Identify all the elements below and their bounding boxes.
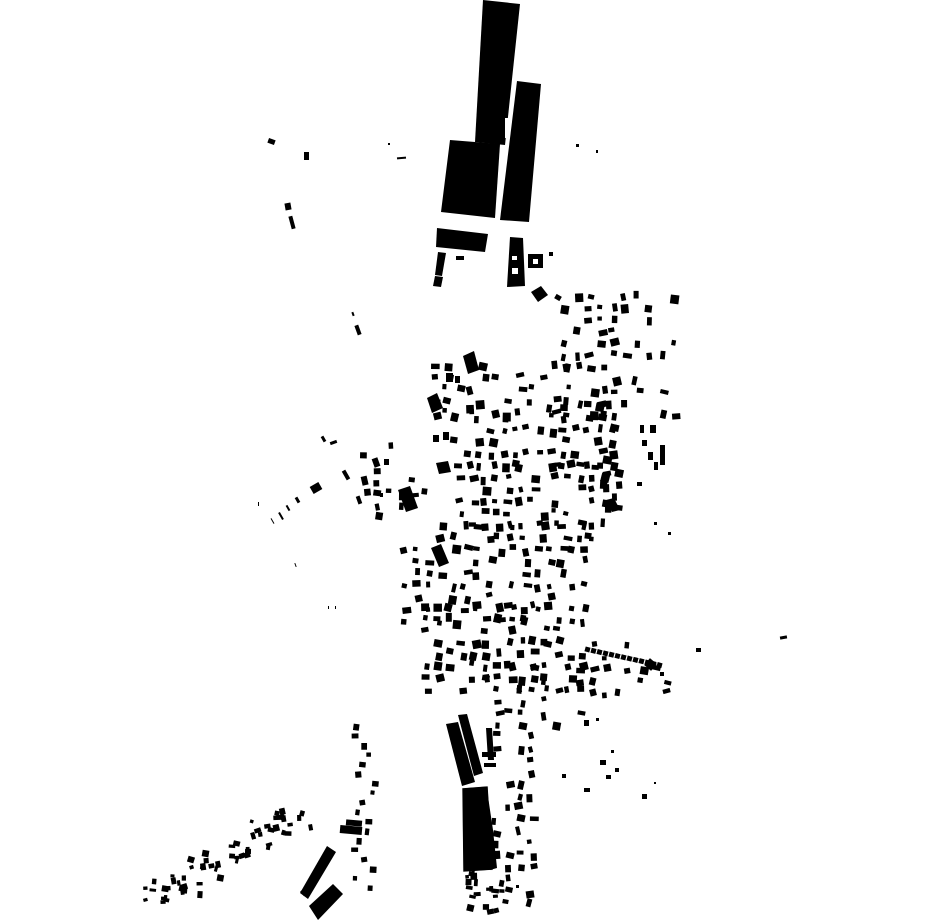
building-footprint <box>461 608 469 613</box>
building-footprint <box>494 700 501 705</box>
building-footprint <box>640 425 644 433</box>
building-footprint <box>563 536 572 542</box>
building-footprint <box>340 825 363 835</box>
building-footprint <box>531 286 548 302</box>
building-footprint <box>473 560 479 567</box>
southern-buildings <box>143 714 656 920</box>
building-footprint <box>508 625 517 635</box>
building-footprint <box>541 512 549 521</box>
building-footprint <box>495 722 499 728</box>
building-footprint <box>442 384 446 389</box>
building-footprint <box>621 304 629 314</box>
building-footprint <box>464 450 472 457</box>
building-footprint <box>503 415 509 423</box>
building-footprint <box>457 384 466 392</box>
building-footprint <box>662 688 670 694</box>
building-footprint <box>167 886 170 891</box>
building-footprint <box>518 523 522 529</box>
building-footprint <box>466 405 474 414</box>
building-footprint <box>624 668 631 674</box>
building-footprint <box>550 472 559 480</box>
building-footprint <box>530 601 536 608</box>
building-footprint <box>455 497 463 503</box>
building-footprint <box>646 352 652 360</box>
building-footprint <box>486 428 495 434</box>
building-footprint <box>531 853 537 861</box>
building-footprint <box>547 448 556 455</box>
courtyard <box>512 268 518 274</box>
building-footprint <box>368 885 373 891</box>
building-footprint <box>466 461 474 469</box>
building-footprint <box>527 497 533 502</box>
building-footprint <box>455 376 460 383</box>
building-footprint <box>436 461 451 474</box>
building-footprint <box>544 625 550 631</box>
building-footprint <box>506 474 512 479</box>
building-footprint <box>503 499 512 504</box>
building-footprint <box>670 294 680 304</box>
building-footprint <box>505 865 511 873</box>
building-footprint <box>546 404 552 413</box>
building-footprint <box>152 878 157 884</box>
building-footprint <box>491 461 497 469</box>
building-footprint <box>472 601 481 609</box>
building-footprint <box>561 416 567 424</box>
building-footprint <box>295 497 301 504</box>
building-footprint <box>361 857 368 863</box>
building-footprint <box>435 673 445 682</box>
building-footprint <box>540 374 548 380</box>
building-footprint <box>637 482 642 486</box>
building-footprint <box>425 689 432 694</box>
building-footprint <box>577 685 584 692</box>
building-footprint <box>513 452 518 458</box>
building-footprint <box>596 150 598 153</box>
building-footprint <box>615 689 621 697</box>
building-footprint <box>530 816 539 821</box>
building-footprint <box>530 863 538 870</box>
building-footprint <box>510 525 514 530</box>
building-footprint <box>496 523 504 531</box>
building-footprint <box>509 676 518 683</box>
building-footprint <box>587 365 596 372</box>
building-footprint <box>321 436 327 443</box>
building-footprint <box>624 642 629 649</box>
building-footprint <box>590 648 596 654</box>
building-footprint <box>450 412 459 422</box>
building-footprint <box>491 409 500 418</box>
building-footprint <box>558 427 566 432</box>
building-footprint <box>456 640 465 646</box>
building-footprint <box>388 143 390 145</box>
building-footprint <box>375 503 380 511</box>
building-footprint <box>642 794 647 799</box>
building-footprint <box>373 480 379 486</box>
building-footprint <box>450 531 457 540</box>
building-footprint <box>526 794 532 802</box>
building-footprint <box>556 559 565 568</box>
building-footprint <box>671 340 676 346</box>
building-footprint <box>472 500 479 505</box>
building-footprint <box>518 864 525 871</box>
building-footprint <box>456 256 464 260</box>
building-footprint <box>626 656 632 662</box>
courtyard <box>533 259 538 264</box>
building-footprint <box>469 677 475 683</box>
building-footprint <box>245 849 251 854</box>
building-footprint <box>469 660 474 666</box>
building-footprint <box>517 794 523 801</box>
building-footprint <box>452 544 462 554</box>
building-footprint <box>433 604 442 612</box>
building-footprint <box>413 547 418 552</box>
building-footprint <box>584 532 591 539</box>
building-footprint <box>427 393 443 413</box>
building-footprint <box>660 445 665 465</box>
building-footprint <box>584 646 590 652</box>
building-footprint <box>541 696 547 702</box>
building-footprint <box>631 376 637 386</box>
building-footprint <box>522 572 531 578</box>
building-footprint <box>370 866 377 873</box>
building-footprint <box>494 533 500 540</box>
building-footprint <box>433 661 442 671</box>
building-footprint <box>359 800 365 806</box>
building-footprint <box>514 801 524 810</box>
building-footprint <box>654 462 658 470</box>
building-footprint <box>446 373 453 382</box>
building-footprint <box>397 157 406 160</box>
building-footprint <box>422 674 430 680</box>
building-footprint <box>522 424 529 430</box>
building-footprint <box>531 475 540 483</box>
building-footprint <box>582 427 589 434</box>
building-footprint <box>602 692 607 698</box>
building-footprint <box>372 457 381 468</box>
building-footprint <box>780 635 787 639</box>
building-footprint <box>355 771 362 778</box>
building-footprint <box>493 509 500 515</box>
building-footprint <box>493 746 501 752</box>
building-footprint <box>541 712 547 721</box>
building-footprint <box>589 497 595 504</box>
building-footprint <box>401 619 407 625</box>
building-footprint <box>504 661 511 669</box>
building-footprint <box>498 549 505 558</box>
building-footprint <box>474 416 479 423</box>
building-footprint <box>493 894 498 898</box>
building-footprint <box>537 450 543 455</box>
building-footprint <box>536 520 543 526</box>
building-footprint <box>647 317 652 325</box>
building-footprint <box>596 718 599 721</box>
building-footprint <box>582 556 588 564</box>
building-footprint <box>203 858 208 864</box>
building-footprint <box>433 639 443 648</box>
building-footprint <box>556 462 561 467</box>
building-footprint <box>423 615 428 621</box>
building-footprint <box>600 518 605 527</box>
building-footprint <box>590 665 600 672</box>
building-footprint <box>603 664 611 673</box>
building-footprint <box>556 617 561 624</box>
building-footprint <box>597 305 602 310</box>
building-footprint <box>521 607 528 614</box>
building-footprint <box>569 584 575 591</box>
building-footprint <box>401 583 407 589</box>
building-footprint <box>502 428 508 434</box>
building-footprint <box>504 708 512 713</box>
building-footprint <box>573 326 581 334</box>
building-footprint <box>506 781 515 789</box>
building-footprint <box>463 351 479 374</box>
building-footprint <box>577 536 582 543</box>
building-footprints-layer <box>0 0 930 924</box>
building-footprint <box>543 640 552 648</box>
building-footprint <box>351 847 358 851</box>
building-footprint <box>487 536 495 543</box>
building-footprint <box>364 488 371 495</box>
building-footprint <box>482 487 491 496</box>
building-footprint <box>526 898 533 907</box>
building-footprint <box>597 340 606 348</box>
building-footprint <box>446 647 454 654</box>
building-footprint <box>614 469 624 478</box>
building-footprint <box>499 880 505 887</box>
building-footprint <box>489 438 499 448</box>
building-footprint <box>421 603 429 611</box>
building-footprint <box>310 482 323 494</box>
building-footprint <box>560 404 568 411</box>
building-footprint <box>421 627 429 633</box>
building-footprint <box>402 607 412 614</box>
building-footprint <box>598 424 603 433</box>
building-footprint <box>415 568 420 575</box>
building-footprint <box>602 386 608 394</box>
building-footprint <box>634 291 639 299</box>
building-footprint <box>439 522 447 530</box>
building-footprint <box>566 384 571 389</box>
building-footprint <box>463 521 468 530</box>
building-footprint <box>528 384 534 390</box>
building-footprint <box>474 879 478 886</box>
building-footprint <box>528 770 535 778</box>
building-footprint <box>384 459 389 465</box>
building-footprint <box>602 656 607 660</box>
building-footprint <box>492 499 497 503</box>
building-footprint <box>519 386 528 392</box>
building-footprint <box>465 879 471 886</box>
building-footprint <box>584 720 589 726</box>
building-footprint <box>425 560 434 566</box>
building-footprint <box>505 804 510 810</box>
building-footprint <box>518 746 525 755</box>
building-footprint <box>660 672 664 676</box>
building-footprint <box>660 351 666 360</box>
building-footprint <box>452 620 461 630</box>
building-footprint <box>696 648 701 652</box>
building-footprint <box>528 732 534 740</box>
building-footprint <box>544 602 553 611</box>
building-footprint <box>597 400 607 408</box>
building-footprint <box>569 618 575 624</box>
building-footprint <box>441 140 500 218</box>
building-footprint <box>481 523 489 531</box>
building-footprint <box>475 400 484 410</box>
building-footprint <box>436 228 488 252</box>
building-footprint <box>563 511 569 516</box>
building-footprint <box>182 875 186 880</box>
figure-ground-map <box>0 0 930 924</box>
building-footprint <box>584 317 592 323</box>
building-footprint <box>637 677 643 683</box>
building-footprint <box>374 468 381 474</box>
building-footprint <box>171 877 177 884</box>
building-footprint <box>507 237 525 287</box>
building-footprint <box>599 447 609 454</box>
building-footprint <box>412 558 419 564</box>
building-footprint <box>328 606 329 609</box>
building-footprint <box>481 628 488 634</box>
building-footprint <box>612 316 618 323</box>
building-footprint <box>672 413 681 420</box>
building-footprint <box>584 351 594 358</box>
building-footprint <box>568 655 575 661</box>
building-footprint <box>561 354 567 362</box>
building-footprint <box>611 413 617 421</box>
building-footprint <box>590 388 599 397</box>
building-footprint <box>482 752 496 757</box>
courtyard <box>500 172 503 182</box>
building-footprint <box>352 733 359 738</box>
building-footprint <box>271 518 275 524</box>
building-footprint <box>576 362 582 370</box>
building-footprint <box>408 477 415 483</box>
building-footprint <box>482 508 490 514</box>
building-footprint <box>491 373 499 380</box>
building-footprint <box>522 448 529 455</box>
building-footprint <box>459 687 467 694</box>
building-footprint <box>360 452 367 458</box>
building-footprint <box>187 856 195 864</box>
building-footprint <box>433 435 439 442</box>
building-footprint <box>197 882 203 886</box>
building-footprint <box>516 814 525 822</box>
building-footprint <box>541 676 546 685</box>
building-footprint <box>284 203 291 211</box>
building-footprint <box>535 546 543 552</box>
building-footprint <box>457 475 466 480</box>
building-footprint <box>578 484 586 490</box>
courtyard <box>505 118 508 138</box>
building-footprint <box>365 828 370 835</box>
building-footprint <box>620 654 626 660</box>
building-footprint <box>170 874 174 877</box>
building-footprint <box>664 680 672 686</box>
building-footprint <box>493 686 499 692</box>
building-footprint <box>566 459 576 468</box>
building-footprint <box>258 502 259 506</box>
building-footprint <box>547 592 555 600</box>
building-footprint <box>527 839 532 844</box>
building-footprint <box>524 583 533 588</box>
building-footprint <box>551 508 555 513</box>
building-footprint <box>421 488 427 495</box>
building-footprint <box>386 488 392 493</box>
building-footprint <box>611 350 618 356</box>
building-footprint <box>149 888 156 892</box>
building-footprint <box>589 522 595 529</box>
building-footprint <box>502 463 510 472</box>
building-footprint <box>200 863 206 871</box>
building-footprint <box>551 500 558 508</box>
building-footprint <box>512 426 518 431</box>
building-footprint <box>483 904 489 910</box>
building-footprint <box>528 687 534 693</box>
building-footprint <box>499 889 504 893</box>
building-footprint <box>493 662 501 669</box>
building-footprint <box>504 602 513 609</box>
building-footprint <box>143 886 147 890</box>
building-footprint <box>608 652 614 658</box>
building-footprint <box>616 481 623 489</box>
building-footprint <box>366 752 371 756</box>
building-footprint <box>462 786 493 872</box>
building-footprint <box>478 362 488 372</box>
building-footprint <box>460 583 466 590</box>
building-footprint <box>493 673 500 679</box>
building-footprint <box>623 353 633 359</box>
building-footprint <box>469 474 479 482</box>
building-footprint <box>592 641 598 647</box>
building-footprint <box>375 512 383 521</box>
building-footprint <box>460 652 467 660</box>
building-footprint <box>304 152 309 160</box>
building-footprint <box>466 904 474 912</box>
building-footprint <box>475 438 484 447</box>
building-footprint <box>517 850 524 854</box>
building-footprint <box>482 374 489 382</box>
building-footprint <box>562 436 570 443</box>
building-footprint <box>508 581 514 589</box>
building-footprint <box>560 569 567 578</box>
building-footprint <box>660 389 669 395</box>
building-footprint <box>258 832 263 837</box>
building-footprint <box>606 775 611 779</box>
building-footprint <box>482 652 491 661</box>
building-footprint <box>444 363 452 371</box>
building-footprint <box>346 819 362 826</box>
building-footprint <box>527 399 532 405</box>
building-footprint <box>507 533 514 541</box>
building-footprint <box>464 569 473 575</box>
building-footprint <box>580 619 585 627</box>
building-footprint <box>442 408 447 413</box>
building-footprint <box>177 880 181 886</box>
building-footprint <box>486 888 491 891</box>
building-footprint <box>575 293 584 302</box>
building-footprint <box>642 440 647 446</box>
building-footprint <box>531 675 539 683</box>
building-footprint <box>555 636 564 645</box>
building-footprint <box>472 639 482 649</box>
building-footprint <box>555 651 564 658</box>
building-footprint <box>504 398 512 404</box>
building-footprint <box>493 907 499 913</box>
building-footprint <box>560 451 566 459</box>
building-footprint <box>579 653 586 660</box>
building-footprint <box>610 337 621 346</box>
